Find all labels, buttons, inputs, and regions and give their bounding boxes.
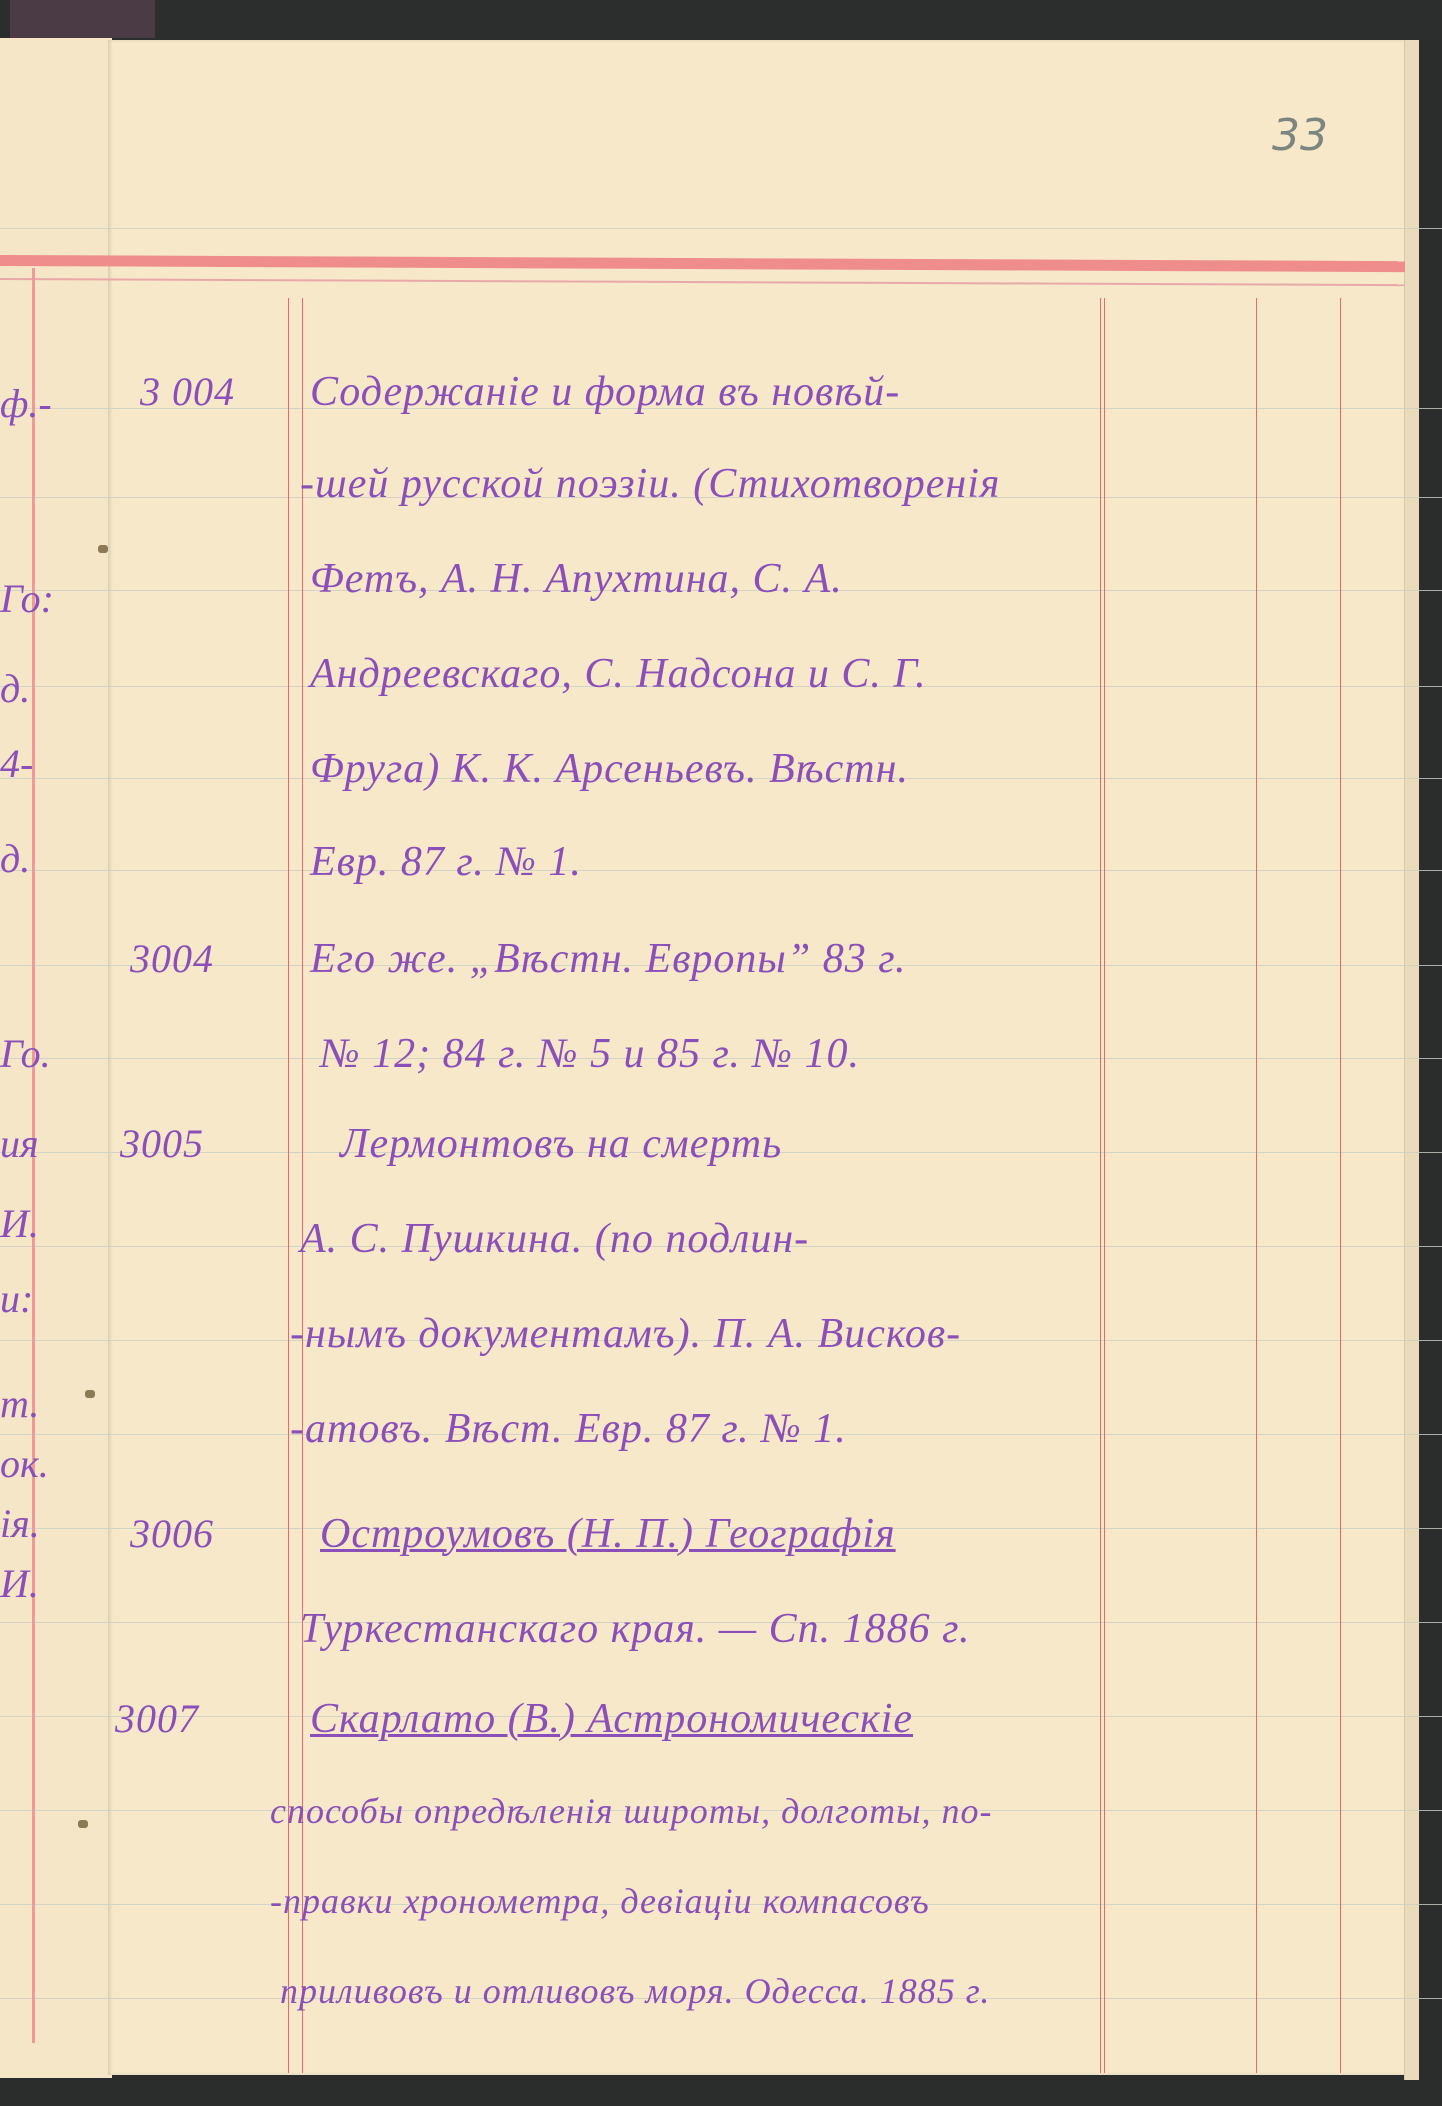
entry-number: 3 004 <box>140 368 235 415</box>
ruled-line <box>0 228 1442 229</box>
margin-fragment: 4- <box>0 740 33 787</box>
book-binding <box>0 0 1442 40</box>
entry-line: Туркестанскаго края. — Сп. 1886 г. <box>300 1605 970 1653</box>
entry-line: Его же. „Вѣстн. Европы” 83 г. <box>310 935 907 983</box>
entry-number: 3004 <box>130 935 214 982</box>
entry-line: Андреевскаго, С. Надсона и С. Г. <box>310 650 927 698</box>
staple-mark <box>85 1390 95 1398</box>
entry-line: Фруга) К. К. Арсеньевъ. Вѣстн. <box>310 745 909 793</box>
margin-fragment: т. <box>0 1380 39 1427</box>
margin-fragment: д. <box>0 665 30 712</box>
entry-line: -правки хронометра, девіаціи компасовъ <box>270 1880 930 1922</box>
margin-fragment: И. <box>0 1560 39 1607</box>
margin-fragment: Го: <box>0 575 54 622</box>
page-edge-stack <box>1404 40 1419 2080</box>
entry-line: -нымъ документамъ). П. А. Висков- <box>290 1310 961 1358</box>
entry-line: -атовъ. Вѣст. Евр. 87 г. № 1. <box>290 1405 847 1453</box>
entry-line: Остроумовъ (Н. П.) Географія <box>320 1510 896 1558</box>
column-rule <box>1256 298 1257 2073</box>
entry-number: 3007 <box>115 1695 199 1742</box>
staple-mark <box>78 1820 88 1828</box>
entry-line: Содержаніе и форма въ новѣй- <box>310 368 900 416</box>
entry-line: приливовъ и отливовъ моря. Одесса. 1885 … <box>280 1970 990 2012</box>
column-rule <box>1340 298 1341 2073</box>
entry-line: способы опредѣленія широты, долготы, по- <box>270 1790 993 1832</box>
margin-fragment: Го. <box>0 1030 51 1077</box>
entry-line: Евр. 87 г. № 1. <box>310 838 582 886</box>
binding-tab <box>10 0 155 38</box>
margin-fragment: ф.- <box>0 380 52 427</box>
margin-fragment: ия <box>0 1120 39 1167</box>
entry-number: 3006 <box>130 1510 214 1557</box>
entry-line: Скарлато (В.) Астрономическіе <box>310 1695 913 1743</box>
staple-mark <box>98 545 108 553</box>
margin-fragment: и: <box>0 1275 33 1322</box>
entry-line: Лермонтовъ на смерть <box>340 1120 782 1168</box>
column-rule <box>1100 298 1101 2073</box>
margin-fragment: ок. <box>0 1440 49 1487</box>
margin-fragment: И. <box>0 1200 39 1247</box>
entry-line: -шей русской поэзіи. (Стихотворенія <box>300 460 1000 508</box>
ruled-line <box>0 870 1442 871</box>
column-rule <box>1104 298 1105 2073</box>
entry-number: 3005 <box>120 1120 204 1167</box>
entry-line: № 12; 84 г. № 5 и 85 г. № 10. <box>320 1030 860 1078</box>
entry-line: Фетъ, А. Н. Апухтина, С. А. <box>310 555 843 603</box>
page-number: 33 <box>1272 110 1328 161</box>
margin-fragment: д. <box>0 835 30 882</box>
margin-fragment: ія. <box>0 1500 40 1547</box>
entry-line: А. С. Пушкина. (по подлин- <box>300 1215 809 1263</box>
